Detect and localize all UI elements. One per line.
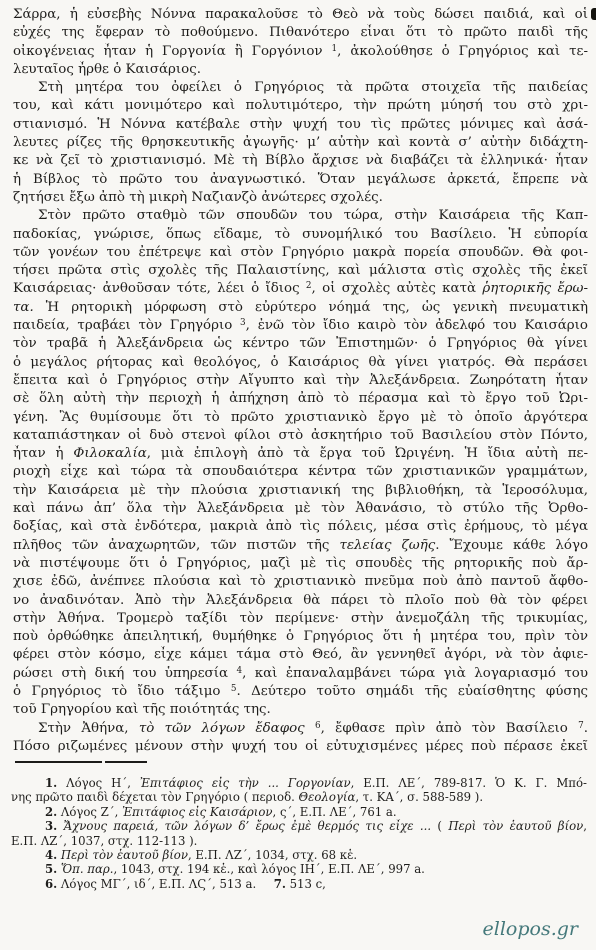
footnote: 1. Λόγος Η΄, Ἐπιτάφιος εἰς τὴν ... Γοργο… [11,776,587,805]
text-line: Στὴ μητέρα του ὀφείλει ὁ Γρηγόριος τὰ πρ… [13,79,588,97]
text-line: τήσει πρῶτα στὶς σχολὲς τῆς Παλαιστίνης,… [13,262,588,280]
footnotes-block: 1. Λόγος Η΄, Ἐπιτάφιος εἰς τὴν ... Γοργο… [11,776,587,891]
text-line: 2. Λόγος Ζ΄, Ἐπιτάφιος εἰς Καισάριον, ς΄… [11,805,587,819]
text-line: δοξίας, καὶ στὰ ἐνδότερα, μακριὰ ἀπὸ τὶς… [13,518,588,536]
text-line: τα. Ἡ ρητορικὴ μόρφωση στὸ εὐρύτερο νόημ… [13,299,588,317]
text-line: στὴν Ἀθήνα. Τρομερὸ ταξίδι τὸν περίμενε·… [13,610,588,628]
paragraph: Σάρρα, ἡ εὐσεβὴς Νόννα παρακαλοῦσε τὸ Θε… [13,6,588,79]
text-line: ζητήσει ἔξω ἀπὸ τὴ μικρὴ Ναζιανζὸ ἀνώτερ… [13,189,588,207]
site-watermark: ellopos.gr [483,918,578,940]
text-line: 4. Περὶ τὸν ἑαυτοῦ βίον, Ε.Π. ΛΖ΄, 1034,… [11,848,587,862]
text-line: Στὸν πρῶτο σταθμὸ τῶν σπουδῶν του τώρα, … [13,207,588,225]
text-line: 3. Ἄχνους παρειά, τῶν λόγων δ’ ἔρως ἐμὲ … [11,819,587,833]
text-line: Στὴν Ἀθήνα, τὸ τῶν λόγων ἔδαφος 6, ἔφθασ… [13,720,588,738]
paragraph: Στὸν πρῶτο σταθμὸ τῶν σπουδῶν του τώρα, … [13,207,588,719]
text-line: ριοχὴ εἶχε καὶ τώρα τὰ σπουδαιότερα κέντ… [13,463,588,481]
text-line: Σάρρα, ἡ εὐσεβὴς Νόννα παρακαλοῦσε τὸ Θε… [13,6,588,24]
text-line: Ε.Π. ΛΖ΄, 1037, στχ. 112-113 ). [11,834,587,848]
footnote: 6. Λόγος ΜΓ΄, ιδ΄, Ε.Π. ΛϚ΄, 513 a. 7. 5… [11,877,587,891]
text-line: παδοκίας, γνώρισε, ὅπως εἴδαμε, τὸ συνομ… [13,226,588,244]
text-line: χισε ἐδῶ, ἀνέπνεε πλούσια καὶ τὸ χριστια… [13,573,588,591]
footnote-separator [15,761,215,763]
text-line: πλῆθος τῶν ἀναχωρητῶν, τῶν πιστῶν τῆς τε… [13,537,588,555]
paragraph: Στὴ μητέρα του ὀφείλει ὁ Γρηγόριος τὰ πρ… [13,79,588,207]
text-line: ρώσει στὴ δική του ὑπηρεσία 4, καὶ ἐπανα… [13,665,588,683]
text-line: ποὺ ὀρθώθηκε ἀπειλητική, θυμήθηκε ὁ Γρηγ… [13,628,588,646]
text-line: καὶ πάνω ἀπ’ ὅλα τὴν Ἀλεξάνδρεια μὲ τὸν … [13,500,588,518]
text-line: τοῦ Γρηγορίου καὶ τῆς ποιότητάς της. [13,701,588,719]
text-line: νὰ πιστέψουμε ὅτι ὁ Γρηγόριος, μαζὶ μὲ τ… [13,555,588,573]
text-line: ἡ Βίβλος τὸ πρῶτο του ἀναγνωστικό. Ὅταν … [13,171,588,189]
text-line: 6. Λόγος ΜΓ΄, ιδ΄, Ε.Π. ΛϚ΄, 513 a. 7. 5… [11,877,587,891]
footnote-separator-segment [15,761,102,763]
text-line: σὲ ὅλη αὐτὴ τὴν περιοχὴ ἡ ἀπήχηση ἀπὸ τὸ… [13,390,588,408]
text-line: τὸν τραβᾶ ἡ Ἀλεξάνδρεια ὡς κέντρο τῶν Ἐπ… [13,335,588,353]
footnote-separator-segment [105,761,147,763]
text-line: Πόσο ριζωμένες μένουν στὴν ψυχή του οἱ ε… [13,738,588,756]
footnote: 2. Λόγος Ζ΄, Ἐπιτάφιος εἰς Καισάριον, ς΄… [11,805,587,819]
text-line: παιδεία, τραβάει τὸν Γρηγόριο 3, ἐνῶ τὸν… [13,317,588,335]
text-line: νο ἀναδινόταν. Ἀπὸ τὴν Ἀλεξάνδρεια θὰ πά… [13,592,588,610]
text-line: φέρει στὸν κόσμο, εἶχε κάμει τάμα στὸ Θε… [13,646,588,664]
text-line: 5. Ὅπ. παρ., 1043, στχ. 194 κἑ., καὶ λόγ… [11,862,587,876]
paragraph: Στὴν Ἀθήνα, τὸ τῶν λόγων ἔδαφος 6, ἔφθασ… [13,720,588,757]
text-line: λευτες ρίζες τῆς θρησκευτικῆς ἀγωγῆς· μ’… [13,134,588,152]
text-line: κε νὰ ζεῖ τὸ χριστιανισμό. Μὲ τὴ Βίβλο ἄ… [13,152,588,170]
text-line: ἔπειτα καὶ ὁ Γρηγόριος στὴν Αἴγυπτο καὶ … [13,372,588,390]
text-line: ὁ μεγάλος ρήτορας καὶ θεολόγος, ὁ Καισάρ… [13,354,588,372]
text-line: οἰκογένειας ἦταν ἡ Γοργονία ἢ Γοργόνιον … [13,43,588,61]
text-line: τὴν Καισάρεια μὲ τὴν πλούσια χριστιανική… [13,482,588,500]
text-line: 1. Λόγος Η΄, Ἐπιτάφιος εἰς τὴν ... Γοργο… [11,776,587,790]
footnote: 4. Περὶ τὸν ἑαυτοῦ βίον, Ε.Π. ΛΖ΄, 1034,… [11,848,587,862]
text-line: ὁ Γρηγόριος τὸ ἴδιο τάξιμο 5. Δεύτερο το… [13,683,588,701]
book-page: Σάρρα, ἡ εὐσεβὴς Νόννα παρακαλοῦσε τὸ Θε… [0,0,596,950]
text-line: τῶν γονέων του ἐπέτρεψε καὶ στὸν Γρηγόρι… [13,244,588,262]
footnote: 5. Ὅπ. παρ., 1043, στχ. 194 κἑ., καὶ λόγ… [11,862,587,876]
text-line: καταπιάστηκαν οἱ δυὸ στενοὶ φίλοι στὸ ἀσ… [13,427,588,445]
footnote: 3. Ἄχνους παρειά, τῶν λόγων δ’ ἔρως ἐμὲ … [11,819,587,848]
text-line: εὐχές της ἔφεραν τὸ ποθούμενο. Πιθανότερ… [13,24,588,42]
text-line: στιανισμό. Ἡ Νόννα κατέβαλε στὴν ψυχή το… [13,116,588,134]
scan-edge-artifact [591,8,596,20]
text-line: Καισάρειας· ἀνθοῦσαν τότε, λέει ὁ ἴδιος … [13,280,588,298]
text-line: λευταῖος ἦρθε ὁ Καισάριος. [13,61,588,79]
text-line: γένη. Ἂς θυμίσουμε ὅτι τὸ πρῶτο χριστιαν… [13,409,588,427]
main-text: Σάρρα, ἡ εὐσεβὴς Νόννα παρακαλοῦσε τὸ Θε… [13,6,588,756]
text-line: ἦταν ἡ Φιλοκαλία, μιὰ ἐπιλογὴ ἀπὸ τὰ ἔργ… [13,445,588,463]
text-line: νης πρῶτο παιδὶ δέχεται τὸν Γρηγόριο ( π… [11,790,587,804]
text-line: του, καὶ κάτι μονιμότερο καὶ πολυτιμότερ… [13,97,588,115]
